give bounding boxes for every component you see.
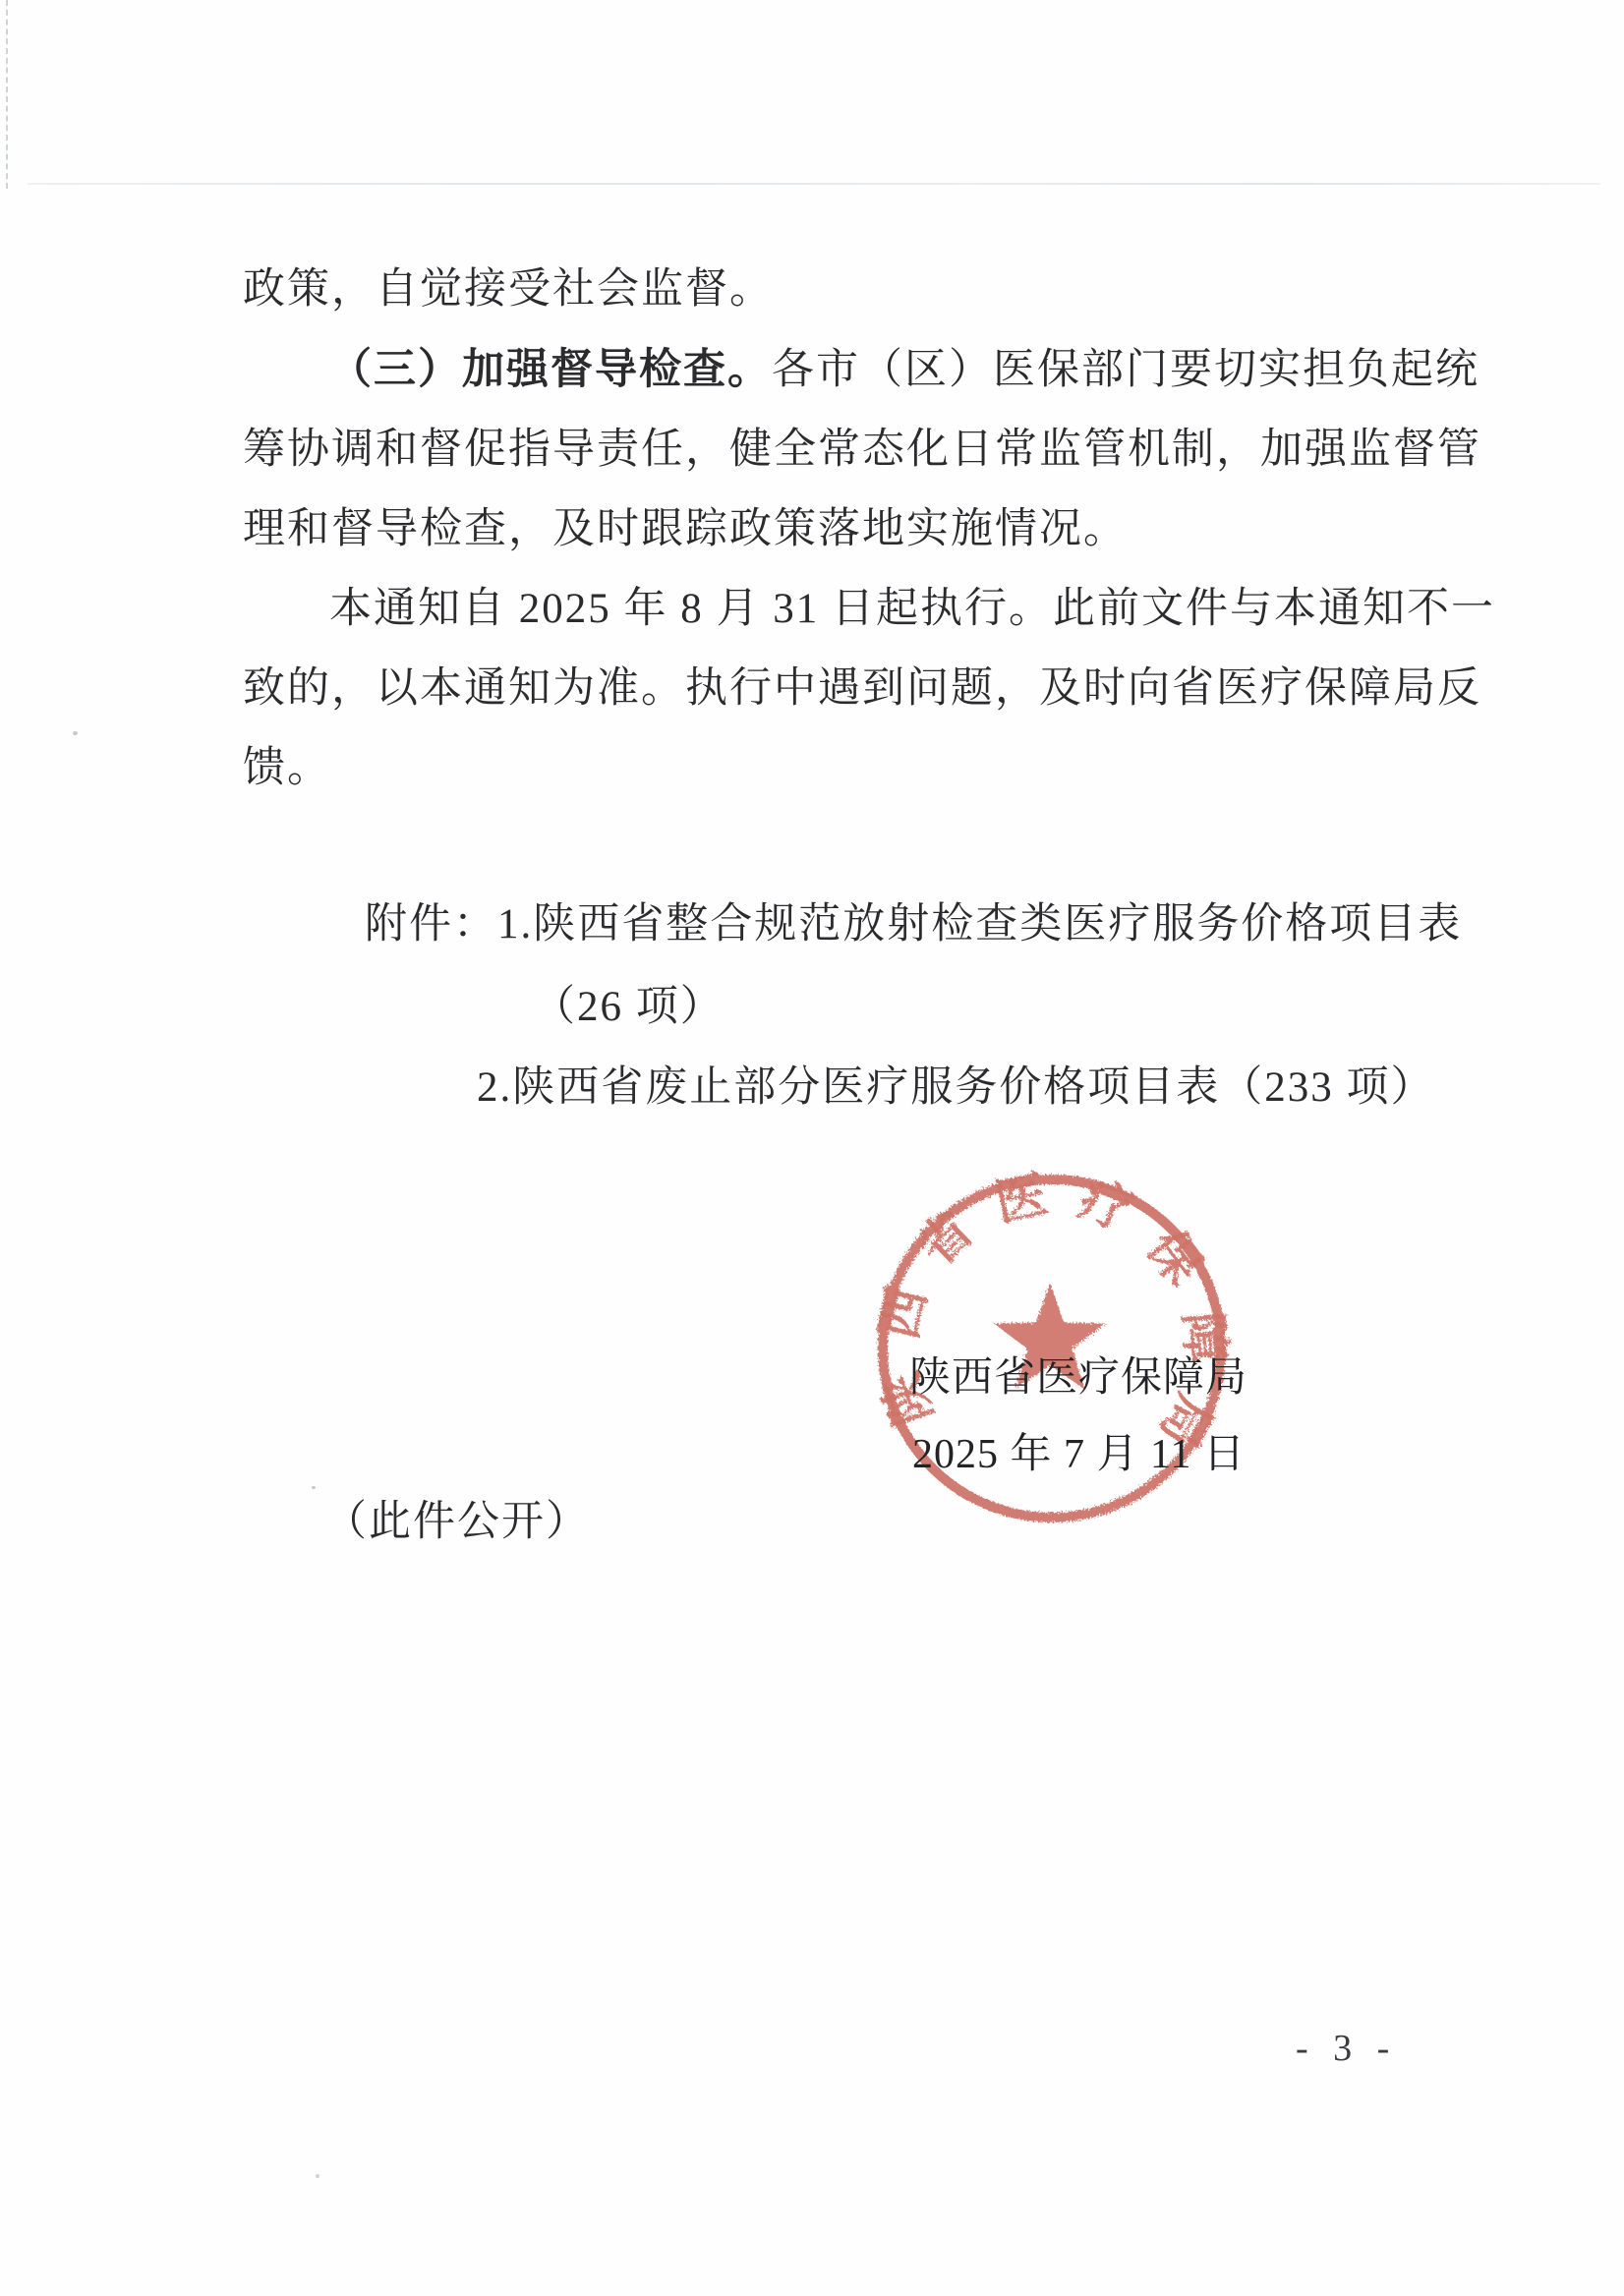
public-disclosure-note: （此件公开）	[324, 1488, 590, 1548]
document-page: 政策，自觉接受社会监督。 （三）加强督导检查。各市（区）医保部门要切实担负起统 …	[0, 0, 1624, 2296]
body-line-5: 本通知自 2025 年 8 月 31 日起执行。此前文件与本通知不一	[243, 585, 1495, 634]
page-number: - 3 -	[1296, 2027, 1397, 2070]
scan-speck	[312, 1486, 316, 1489]
body-line-2: （三）加强督导检查。各市（区）医保部门要切实担负起统	[243, 346, 1479, 395]
body-line-4: 理和督导检查，及时跟踪政策落地实施情况。	[243, 505, 1128, 554]
body-line-2-text: 各市（区）医保部门要切实担负起统	[772, 347, 1479, 393]
signature-issuer: 陕西省医疗保障局	[909, 1345, 1247, 1404]
attachment-line-1: 附件：1.陕西省整合规范放射检查类医疗服务价格项目表	[365, 900, 1462, 949]
scan-speck	[73, 731, 78, 735]
attachment-line-3: 2.陕西省废止部分医疗服务价格项目表（233 项）	[477, 1063, 1435, 1113]
signature-date: 2025 年 7 月 11 日	[912, 1421, 1246, 1480]
body-line-3: 筹协调和督促指导责任，健全常态化日常监管机制，加强监督管	[243, 426, 1481, 475]
body-line-1: 政策，自觉接受社会监督。	[243, 265, 774, 315]
body-line-7: 馈。	[243, 744, 331, 793]
scan-edge-line	[6, 0, 8, 189]
scan-seam-line	[28, 183, 1600, 185]
body-line-2-heading: （三）加强督导检查。	[329, 347, 772, 393]
scan-speck	[316, 2174, 319, 2178]
body-line-6: 致的，以本通知为准。执行中遇到问题，及时向省医疗保障局反	[243, 664, 1481, 714]
attachment-line-2: （26 项）	[533, 983, 725, 1032]
